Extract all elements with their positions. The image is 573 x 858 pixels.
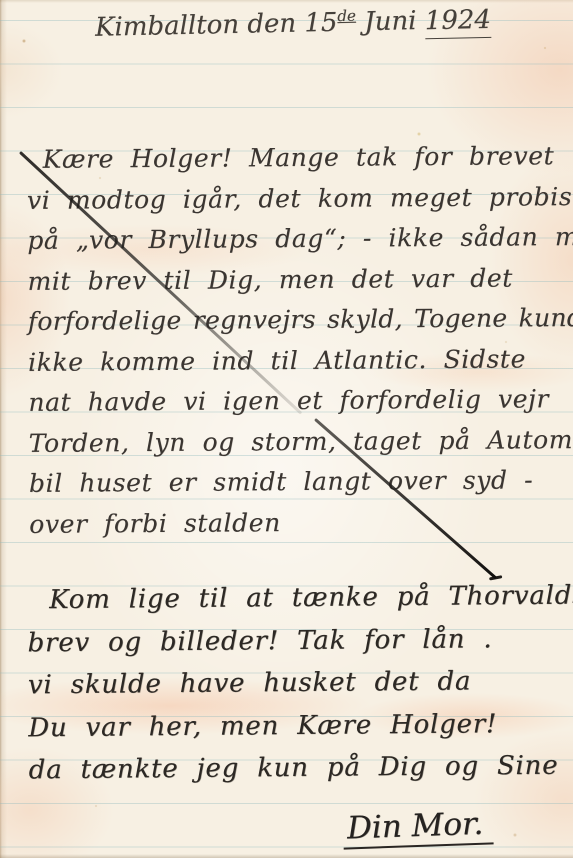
handwriting-line: Kære Holger! Mange tak for brevet [27, 141, 566, 185]
handwriting-line: vi skulde have husket det da [28, 666, 567, 713]
dateline-place-day: Kimballton den 15 [95, 8, 338, 43]
handwriting-line: vi modtog igår, det kom meget probis [27, 182, 566, 226]
signature: Din Mor. [342, 805, 494, 849]
handwriting-line: brev og billeder! Tak for lån . [27, 623, 566, 670]
handwriting-line: da tænkte jeg kun på Dig og Sine [29, 751, 568, 798]
handwriting-line: på „vor Bryllups dag“; - ikke sådan med [27, 222, 566, 266]
handwriting-line: Du var her, men Kære Holger! [28, 708, 567, 755]
dateline-year: 1924 [424, 5, 491, 39]
handwriting-line: mit brev til Dig, men det var det [27, 263, 566, 307]
paragraph-1: Kære Holger! Mange tak for brevet vi mod… [27, 141, 569, 550]
dateline-ordinal-superscript: de [337, 7, 356, 25]
handwriting-line: nat havde vi igen et forfordelig vejr [28, 384, 567, 428]
paragraph-2: Kom lige til at tænke på Thorvalds brev … [27, 581, 568, 798]
handwriting-line: Torden, lyn og storm, taget på Automo= [29, 425, 568, 469]
handwriting-line: over forbi stalden [29, 506, 568, 550]
handwriting-line: bil huset er smidt langt over syd - [29, 465, 568, 509]
dateline-month: Juni [356, 6, 425, 37]
handwriting-line: Kom lige til at tænke på Thorvalds [27, 581, 566, 628]
letter-page: Kimballton den 15de Juni 1924 Kære Holge… [0, 0, 573, 858]
dateline: Kimballton den 15de Juni 1924 [95, 4, 491, 43]
handwriting-line: ikke komme ind til Atlantic. Sidste [28, 344, 567, 388]
handwriting-line: forfordelige regnvejrs skyld, Togene kun… [28, 303, 567, 347]
